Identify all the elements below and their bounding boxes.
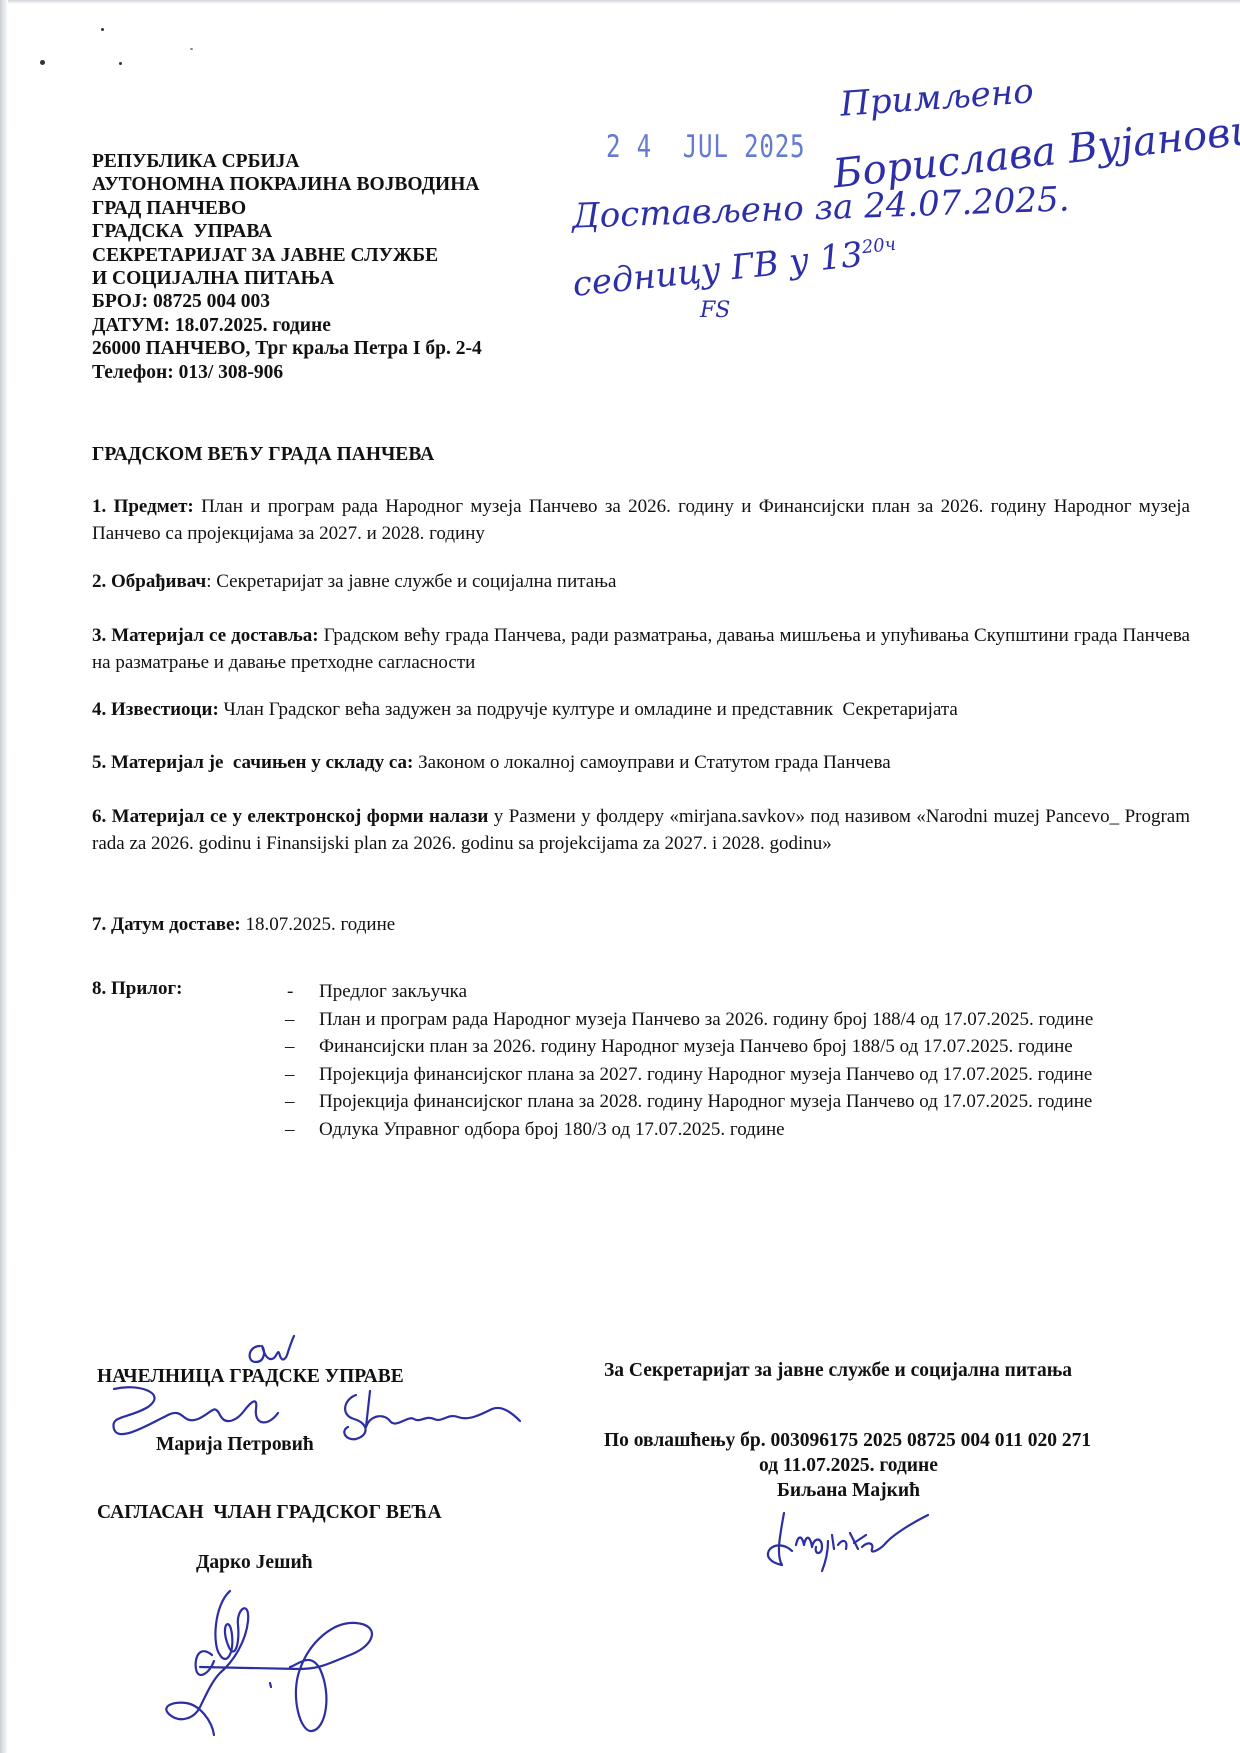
letterhead-address: 26000 ПАНЧЕВО, Трг краља Петра I бр. 2-4 (92, 337, 482, 360)
received-date-stamp: 2 4 JUL 2025 (606, 129, 805, 165)
letterhead-secretariat: СЕКРЕТАРИЈАТ ЗА ЈАВНЕ СЛУЖБЕ (92, 244, 482, 267)
scan-speck (101, 28, 104, 31)
handwritten-delivered-for: Достављено за 24.07.2025. (571, 179, 1070, 236)
item-label: 5. Материјал је сачињен у складу са: (92, 752, 413, 773)
addressee: ГРАДСКОМ ВЕЋУ ГРАДА ПАНЧЕВА (92, 444, 434, 466)
letterhead-province: АУТОНОМНА ПОКРАЈИНА ВОЈВОДИНА (92, 173, 482, 196)
letterhead: РЕПУБЛИКА СРБИЈА АУТОНОМНА ПОКРАЈИНА ВОЈ… (92, 150, 482, 384)
letterhead-number: БРОЈ: 08725 004 003 (92, 290, 482, 313)
deputy-signature (108, 1385, 528, 1445)
attachment-text: Пројекција финансијског плана за 2028. г… (319, 1091, 1092, 1112)
scan-speck (40, 60, 45, 65)
attachment-text: Одлука Управног одбора број 180/3 од 17.… (319, 1119, 785, 1140)
attachment-item: –План и програм рада Народног музеја Пан… (285, 1006, 1200, 1034)
item-material-delivered: 3. Материјал се доставља: Градском већу … (92, 622, 1190, 676)
handwritten-session-text: седницу ГВ у 13 (571, 235, 865, 305)
attachments-label: 8. Прилог: (92, 978, 182, 1000)
item-label: 4. Известиоци: (92, 699, 219, 720)
scan-top-edge (0, 0, 1240, 4)
dash-bullet: – (285, 1116, 295, 1144)
item-electronic-location: 6. Материјал се у електронској форми нал… (92, 803, 1190, 857)
item-legal-basis: 5. Материјал је сачињен у складу са: Зак… (92, 749, 1190, 776)
authorization-number: По овлашћењу бр. 003096175 2025 08725 00… (604, 1430, 1091, 1452)
item-delivery-date: 7. Датум доставе: 18.07.2025. године (92, 911, 1190, 938)
attachment-item: –Одлука Управног одбора број 180/3 од 17… (285, 1116, 1200, 1144)
item-processor: 2. Обрађивач: Секретаријат за јавне служ… (92, 568, 1190, 595)
attachment-text: Предлог закључка (319, 981, 467, 1002)
attachment-item: –Финансијски план за 2026. годину Народн… (285, 1033, 1200, 1061)
handwritten-initials: FS (700, 298, 730, 323)
scan-speck (190, 48, 193, 50)
dash-bullet: – (285, 1088, 295, 1116)
letterhead-republic: РЕПУБЛИКА СРБИЈА (92, 150, 482, 173)
secretariat-title: За Секретаријат за јавне службе и соција… (604, 1360, 1072, 1382)
item-text: Члан Градског већа задужен за подручје к… (219, 699, 958, 720)
item-subject: 1. Предмет: План и програм рада Народног… (92, 493, 1190, 547)
letterhead-administration: ГРАДСКА УПРАВА (92, 220, 482, 243)
initials-signature (240, 1328, 310, 1378)
secretary-signature (762, 1505, 932, 1575)
council-member-name: Дарко Јешић (196, 1552, 313, 1574)
item-label: 6. Материјал се у електронској форми нал… (92, 806, 488, 827)
attachment-text: Пројекција финансијског плана за 2027. г… (319, 1064, 1092, 1085)
handwritten-session-time: 20ч (861, 234, 897, 258)
attachments-list: -Предлог закључка –План и програм рада Н… (285, 978, 1200, 1143)
dash-bullet: – (285, 1006, 295, 1034)
handwritten-session: седницу ГВ у 1320ч (571, 231, 899, 305)
attachment-text: Финансијски план за 2026. годину Народно… (319, 1036, 1073, 1057)
letterhead-date: ДАТУМ: 18.07.2025. године (92, 314, 482, 337)
secretary-name: Биљана Мајкић (777, 1480, 920, 1502)
scan-speck (119, 62, 122, 65)
item-text: Законом о локалној самоуправи и Статутом… (413, 752, 890, 773)
item-label: 1. Предмет: (92, 496, 194, 517)
council-consent-title: САГЛАСАН ЧЛАН ГРАДСКОГ ВЕЋА (97, 1502, 442, 1524)
handwritten-received: Примљено (839, 71, 1035, 124)
letterhead-city: ГРАД ПАНЧЕВО (92, 197, 482, 220)
dash-bullet: – (285, 1061, 295, 1089)
item-text: План и програм рада Народног музеја Панч… (92, 496, 1190, 544)
attachment-item: –Пројекција финансијског плана за 2028. … (285, 1088, 1200, 1116)
item-text: : Секретаријат за јавне службе и социјал… (206, 571, 616, 592)
letterhead-phone: Телефон: 013/ 308-906 (92, 361, 482, 384)
item-text: 18.07.2025. године (241, 914, 395, 935)
attachment-item: –Пројекција финансијског плана за 2027. … (285, 1061, 1200, 1089)
scan-left-edge (0, 0, 8, 1753)
item-label: 2. Обрађивач (92, 571, 206, 592)
dash-bullet: – (285, 1033, 295, 1061)
dash-bullet: - (287, 978, 293, 1006)
attachment-item: -Предлог закључка (285, 978, 1200, 1006)
attachment-text: План и програм рада Народног музеја Панч… (319, 1009, 1093, 1030)
letterhead-secretariat-cont: И СОЦИЈАЛНА ПИТАЊА (92, 267, 482, 290)
item-reporters: 4. Известиоци: Члан Градског већа задуже… (92, 696, 1190, 723)
item-label: 3. Материјал се доставља: (92, 625, 319, 646)
authorization-date: од 11.07.2025. године (759, 1455, 938, 1477)
item-label: 7. Датум доставе: (92, 914, 241, 935)
council-member-signature (150, 1585, 380, 1745)
